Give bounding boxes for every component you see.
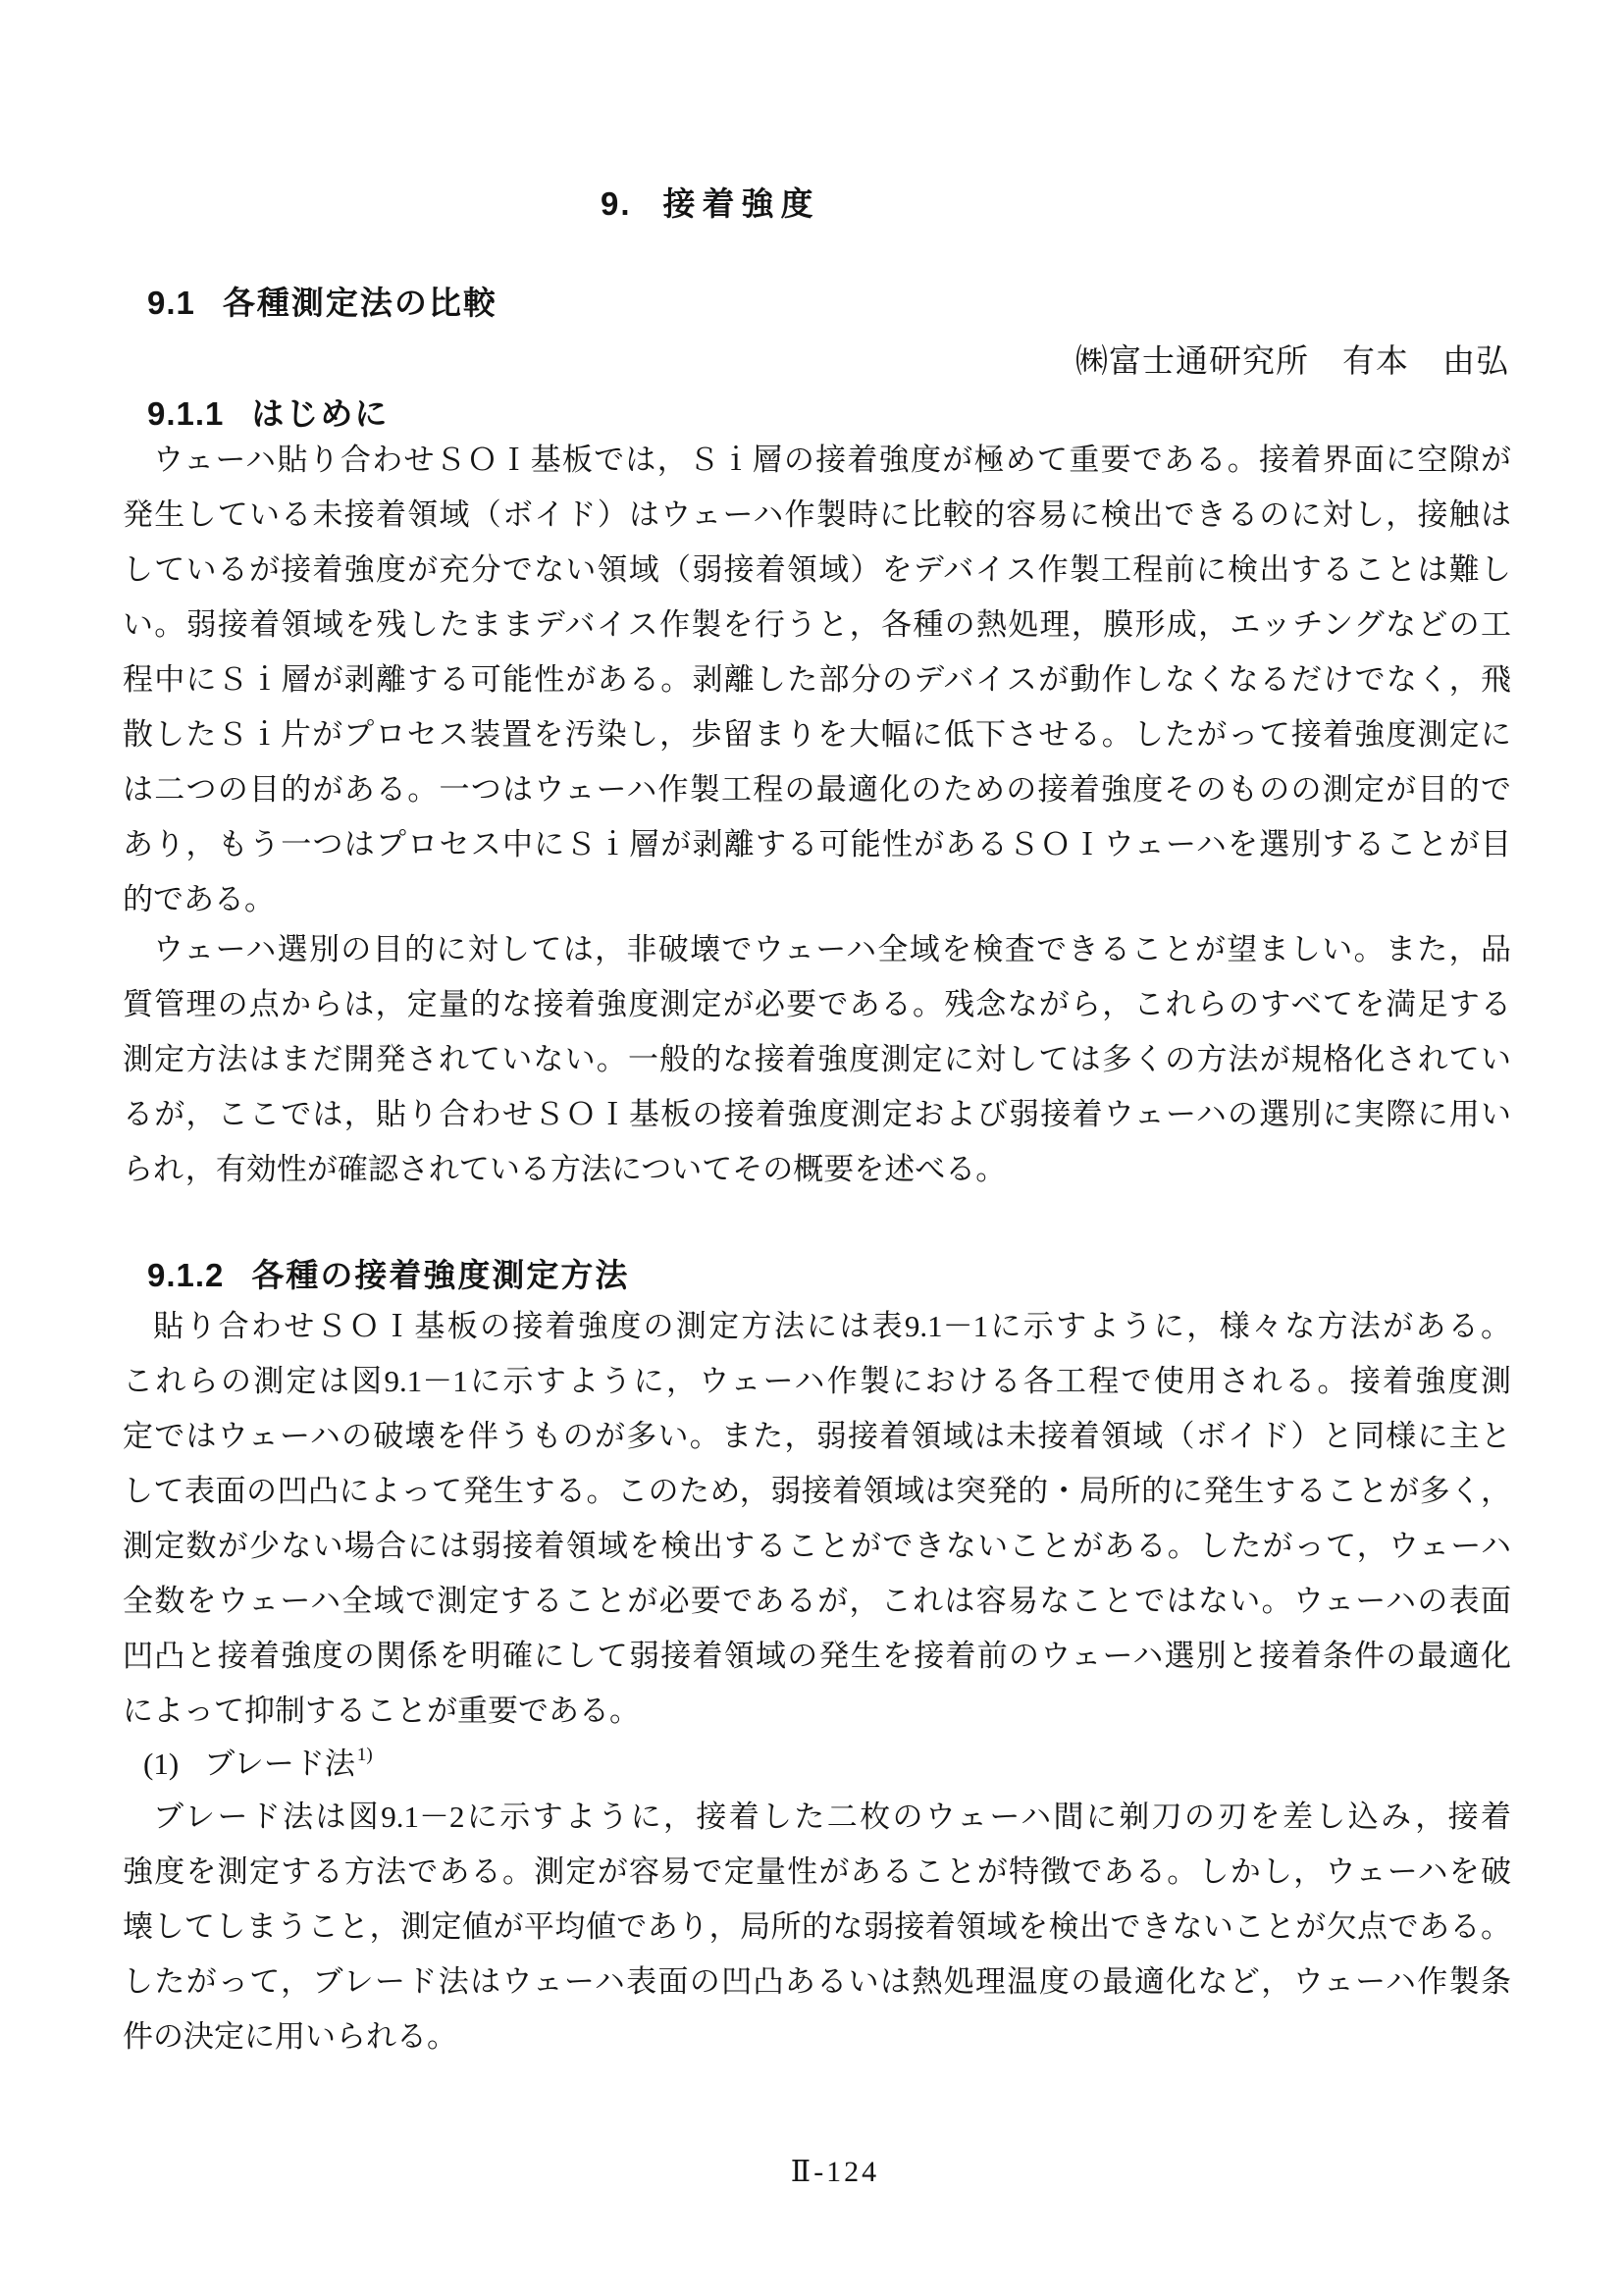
text-line: 強度を測定する方法である。測定が容易で定量性があることが特徴である。しかし，ウェ… <box>123 1845 1511 1900</box>
text-line: ウェーハ選別の目的に対しては，非破壊でウェーハ全域を検査できることが望ましい。ま… <box>123 922 1511 977</box>
text-line: 件の決定に用いられる。 <box>123 2009 1511 2064</box>
text-line: ブレード法は図9.1－2に示すように，接着した二枚のウェーハ間に剃刀の刃を差し込… <box>123 1790 1511 1845</box>
paragraph-intro-2: ウェーハ選別の目的に対しては，非破壊でウェーハ全域を検査できることが望ましい。ま… <box>123 922 1511 1197</box>
text-line: しているが接着強度が充分でない領域（弱接着領域）をデバイス作製工程前に検出するこ… <box>123 543 1511 598</box>
text-line: 壊してしまうこと，測定値が平均値であり，局所的な弱接着領域を検出できないことが欠… <box>123 1900 1511 1955</box>
chapter-title-text: 接着強度 <box>663 185 820 222</box>
text-line: ウェーハ貼り合わせＳＯＩ基板では，Ｓｉ層の接着強度が極めて重要である。接着界面に… <box>123 433 1511 488</box>
text-line: して表面の凹凸によって発生する。このため，弱接着領域は突発的・局所的に発生するこ… <box>123 1464 1511 1519</box>
section-number: 9.1.2 <box>147 1257 224 1293</box>
text-line: 凹凸と接着強度の関係を明確にして弱接着領域の発生を接着前のウェーハ選別と接着条件… <box>123 1629 1511 1684</box>
item-heading-blade-method: (1)ブレード法1) <box>143 1739 373 1783</box>
section-number: 9.1 <box>147 285 195 321</box>
reference-superscript: 1) <box>357 1745 373 1765</box>
author-line: ㈱富士通研究所 有本 由弘 <box>1075 336 1509 382</box>
text-line: るが，ここでは，貼り合わせＳＯＩ基板の接着強度測定および弱接着ウェーハの選別に実… <box>123 1087 1511 1142</box>
section-heading-text: 各種測定法の比較 <box>223 285 497 321</box>
text-line: これらの測定は図9.1－1に示すように，ウェーハ作製における各工程で使用される。… <box>123 1354 1511 1409</box>
text-line: 定ではウェーハの破壊を伴うものが多い。また，弱接着領域は未接着領域（ボイド）と同… <box>123 1409 1511 1464</box>
text-line: 質管理の点からは，定量的な接着強度測定が必要である。残念ながら，これらのすべてを… <box>123 977 1511 1032</box>
text-line: によって抑制することが重要である。 <box>123 1684 1511 1739</box>
section-heading-9-1: 9.1各種測定法の比較 <box>147 278 497 324</box>
paragraph-blade-method: ブレード法は図9.1－2に示すように，接着した二枚のウェーハ間に剃刀の刃を差し込… <box>123 1790 1511 2064</box>
text-line: られ，有効性が確認されている方法についてその概要を述べる。 <box>123 1142 1511 1197</box>
text-line: い。弱接着領域を残したままデバイス作製を行うと，各種の熱処理，膜形成，エッチング… <box>123 598 1511 652</box>
chapter-number: 9. <box>601 185 632 222</box>
text-line: 的である。 <box>123 872 1511 927</box>
text-line: 散したＳｉ片がプロセス装置を汚染し，歩留まりを大幅に低下させる。したがって接着強… <box>123 707 1511 762</box>
paragraph-methods: 貼り合わせＳＯＩ基板の接着強度の測定方法には表9.1－1に示すように，様々な方法… <box>123 1299 1511 1739</box>
text-line: 測定数が少ない場合には弱接着領域を検出することができないことがある。したがって，… <box>123 1519 1511 1574</box>
document-page: 9.接着強度 9.1各種測定法の比較 ㈱富士通研究所 有本 由弘 9.1.1はじ… <box>0 0 1623 2296</box>
section-heading-text: はじめに <box>251 395 389 432</box>
text-line: あり，もう一つはプロセス中にＳｉ層が剥離する可能性があるＳＯＩウェーハを選別する… <box>123 817 1511 872</box>
text-line: 全数をウェーハ全域で測定することが必要であるが，これは容易なことではない。ウェー… <box>123 1574 1511 1629</box>
text-line: 貼り合わせＳＯＩ基板の接着強度の測定方法には表9.1－1に示すように，様々な方法… <box>123 1299 1511 1354</box>
section-heading-9-1-2: 9.1.2各種の接着強度測定方法 <box>147 1250 629 1296</box>
text-line: 程中にＳｉ層が剥離する可能性がある。剥離した部分のデバイスが動作しなくなるだけで… <box>123 652 1511 707</box>
text-line: 発生している未接着領域（ボイド）はウェーハ作製時に比較的容易に検出できるのに対し… <box>123 488 1511 543</box>
text-line: は二つの目的がある。一つはウェーハ作製工程の最適化のための接着強度そのものの測定… <box>123 762 1511 817</box>
item-heading-text: ブレード法 <box>204 1747 355 1781</box>
chapter-title: 9.接着強度 <box>601 179 820 225</box>
paragraph-intro-1: ウェーハ貼り合わせＳＯＩ基板では，Ｓｉ層の接着強度が極めて重要である。接着界面に… <box>123 433 1511 927</box>
section-number: 9.1.1 <box>147 395 224 432</box>
text-line: したがって，ブレード法はウェーハ表面の凹凸あるいは熱処理温度の最適化など，ウェー… <box>123 1955 1511 2009</box>
section-heading-text: 各種の接着強度測定方法 <box>251 1257 629 1293</box>
page-number: Ⅱ-124 <box>0 2155 1623 2189</box>
section-heading-9-1-1: 9.1.1はじめに <box>147 389 389 435</box>
text-line: 測定方法はまだ開発されていない。一般的な接着強度測定に対しては多くの方法が規格化… <box>123 1032 1511 1087</box>
item-number: (1) <box>143 1747 179 1781</box>
